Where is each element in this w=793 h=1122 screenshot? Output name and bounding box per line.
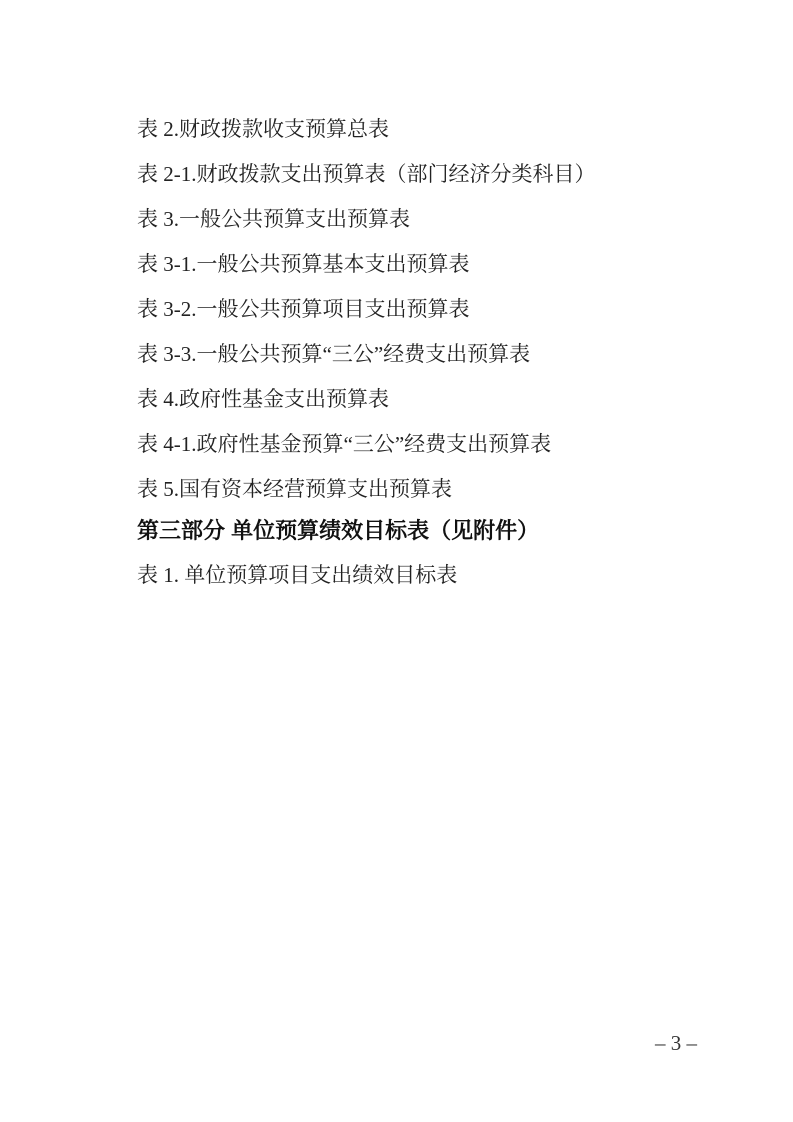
toc-item-table-3: 表 3.一般公共预算支出预算表 <box>137 197 697 242</box>
toc-item-table-5: 表 5.国有资本经营预算支出预算表 <box>137 467 697 512</box>
page-number: – 3 – <box>640 1031 712 1055</box>
toc-item-table-4: 表 4.政府性基金支出预算表 <box>137 377 697 422</box>
toc-item-table-2: 表 2.财政拨款收支预算总表 <box>137 107 697 152</box>
toc-item-table-2-1: 表 2-1.财政拨款支出预算表（部门经济分类科目） <box>137 152 697 197</box>
toc-item-table-3-3: 表 3-3.一般公共预算“三公”经费支出预算表 <box>137 332 697 377</box>
section-heading-part-three: 第三部分 单位预算绩效目标表（见附件） <box>137 508 697 553</box>
toc-item-table-3-1: 表 3-1.一般公共预算基本支出预算表 <box>137 242 697 287</box>
toc-list: 表 2.财政拨款收支预算总表 表 2-1.财政拨款支出预算表（部门经济分类科目）… <box>137 107 697 598</box>
document-page: 表 2.财政拨款收支预算总表 表 2-1.财政拨款支出预算表（部门经济分类科目）… <box>0 0 793 1122</box>
toc-item-table-3-2: 表 3-2.一般公共预算项目支出预算表 <box>137 287 697 332</box>
toc-item-table-4-1: 表 4-1.政府性基金预算“三公”经费支出预算表 <box>137 422 697 467</box>
toc-item-performance-table-1: 表 1. 单位预算项目支出绩效目标表 <box>137 553 697 598</box>
